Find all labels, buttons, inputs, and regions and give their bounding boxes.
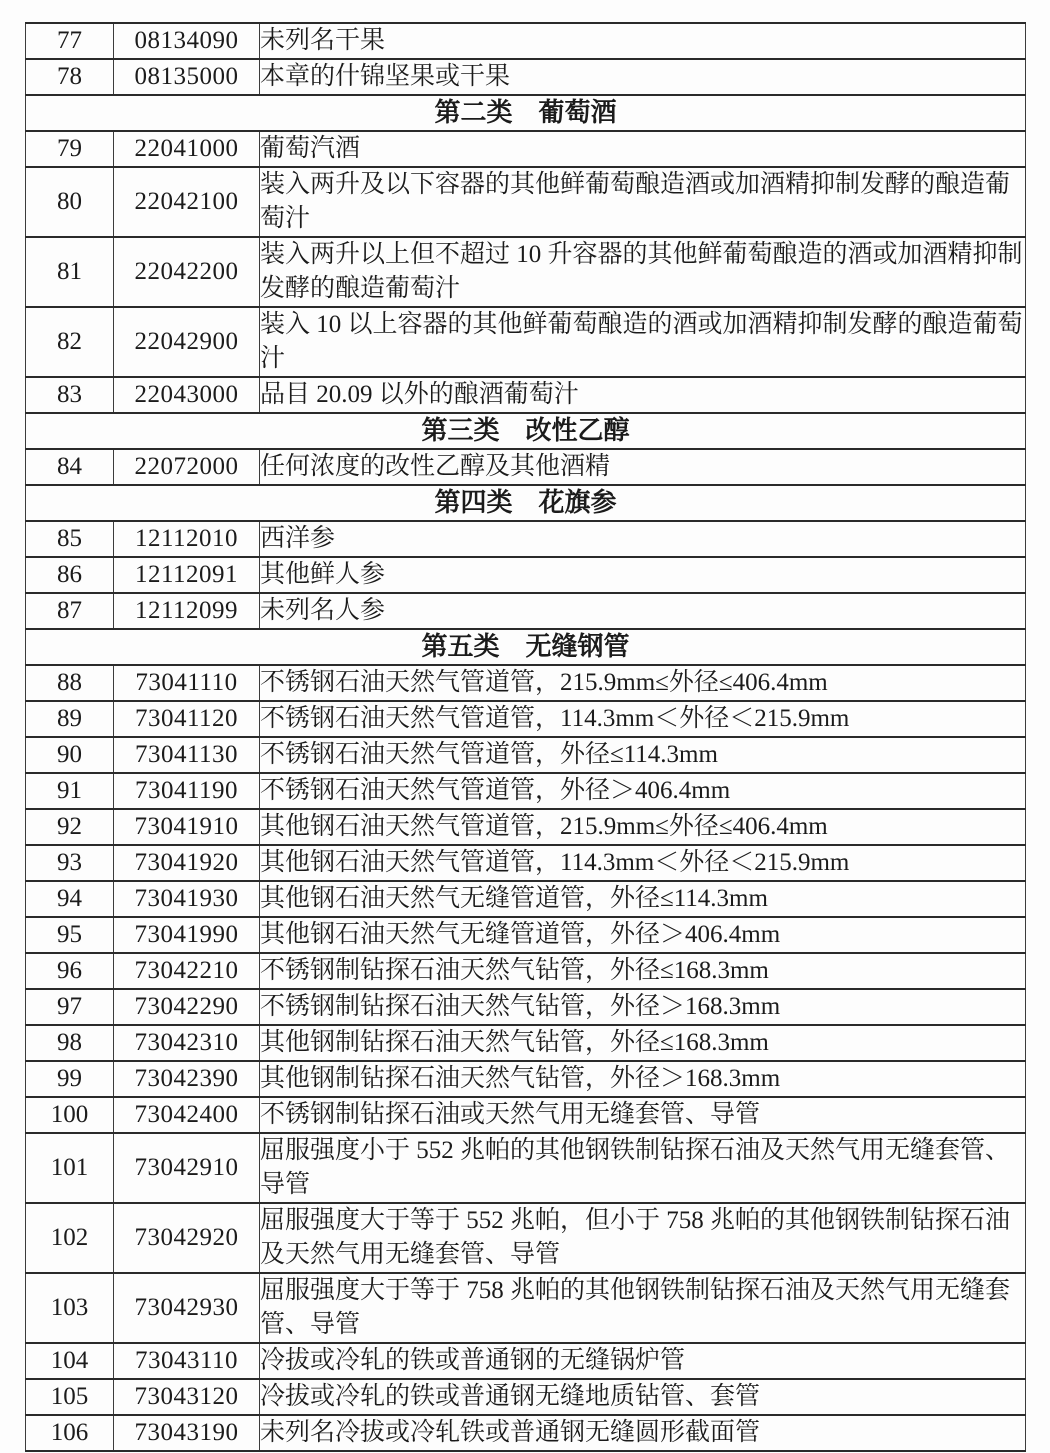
table-row: 9173041190不锈钢石油天然气管道管，外径＞406.4mm bbox=[26, 773, 1026, 809]
row-number-cell: 102 bbox=[26, 1203, 114, 1273]
row-number-cell: 93 bbox=[26, 845, 114, 881]
description-cell: 西洋参 bbox=[260, 521, 1026, 557]
hs-code-cell: 73041190 bbox=[114, 773, 260, 809]
table-row: 8022042100装入两升及以下容器的其他鲜葡萄酿造酒或加酒精抑制发酵的酿造葡… bbox=[26, 167, 1026, 237]
row-number-cell: 98 bbox=[26, 1025, 114, 1061]
table-row: 10173042910屈服强度小于 552 兆帕的其他钢铁制钻探石油及天然气用无… bbox=[26, 1133, 1026, 1203]
section-header-row: 第二类 葡萄酒 bbox=[26, 95, 1026, 131]
row-number-cell: 79 bbox=[26, 131, 114, 167]
table-row: 9573041990其他钢石油天然气无缝管道管，外径＞406.4mm bbox=[26, 917, 1026, 953]
table-row: 10473043110冷拔或冷轧的铁或普通钢的无缝锅炉管 bbox=[26, 1343, 1026, 1379]
section-header-title: 第二类 葡萄酒 bbox=[26, 95, 1026, 131]
hs-code-cell: 73042310 bbox=[114, 1025, 260, 1061]
tariff-table-body: 7708134090未列名干果7808135000本章的什锦坚果或干果第二类 葡… bbox=[26, 23, 1026, 1451]
table-row: 8322043000品目 20.09 以外的酿酒葡萄汁 bbox=[26, 377, 1026, 413]
table-row: 9373041920其他钢石油天然气管道管，114.3mm＜外径＜215.9mm bbox=[26, 845, 1026, 881]
hs-code-cell: 73043120 bbox=[114, 1379, 260, 1415]
row-number-cell: 82 bbox=[26, 307, 114, 377]
table-row: 8222042900装入 10 以上容器的其他鲜葡萄酿造的酒或加酒精抑制发酵的酿… bbox=[26, 307, 1026, 377]
row-number-cell: 104 bbox=[26, 1343, 114, 1379]
table-row: 10573043120冷拔或冷轧的铁或普通钢无缝地质钻管、套管 bbox=[26, 1379, 1026, 1415]
description-cell: 其他鲜人参 bbox=[260, 557, 1026, 593]
hs-code-cell: 22042100 bbox=[114, 167, 260, 237]
table-row: 9273041910其他钢石油天然气管道管，215.9mm≤外径≤406.4mm bbox=[26, 809, 1026, 845]
row-number-cell: 88 bbox=[26, 665, 114, 701]
row-number-cell: 99 bbox=[26, 1061, 114, 1097]
section-header-row: 第四类 花旗参 bbox=[26, 485, 1026, 521]
section-header-title: 第五类 无缝钢管 bbox=[26, 629, 1026, 665]
hs-code-cell: 73042930 bbox=[114, 1273, 260, 1343]
hs-code-cell: 73041910 bbox=[114, 809, 260, 845]
hs-code-cell: 22042900 bbox=[114, 307, 260, 377]
table-row: 9073041130不锈钢石油天然气管道管，外径≤114.3mm bbox=[26, 737, 1026, 773]
row-number-cell: 94 bbox=[26, 881, 114, 917]
table-row: 8612112091其他鲜人参 bbox=[26, 557, 1026, 593]
table-row: 9773042290不锈钢制钻探石油天然气钻管，外径＞168.3mm bbox=[26, 989, 1026, 1025]
description-cell: 其他钢石油天然气无缝管道管，外径≤114.3mm bbox=[260, 881, 1026, 917]
row-number-cell: 96 bbox=[26, 953, 114, 989]
tariff-table: 7708134090未列名干果7808135000本章的什锦坚果或干果第二类 葡… bbox=[25, 22, 1026, 1452]
description-cell: 不锈钢制钻探石油天然气钻管，外径＞168.3mm bbox=[260, 989, 1026, 1025]
row-number-cell: 105 bbox=[26, 1379, 114, 1415]
row-number-cell: 81 bbox=[26, 237, 114, 307]
section-header-row: 第三类 改性乙醇 bbox=[26, 413, 1026, 449]
description-cell: 品目 20.09 以外的酿酒葡萄汁 bbox=[260, 377, 1026, 413]
row-number-cell: 100 bbox=[26, 1097, 114, 1133]
hs-code-cell: 12112099 bbox=[114, 593, 260, 629]
description-cell: 其他钢石油天然气管道管，114.3mm＜外径＜215.9mm bbox=[260, 845, 1026, 881]
table-row: 10273042920屈服强度大于等于 552 兆帕，但小于 758 兆帕的其他… bbox=[26, 1203, 1026, 1273]
table-row: 9973042390其他钢制钻探石油天然气钻管，外径＞168.3mm bbox=[26, 1061, 1026, 1097]
description-cell: 装入两升及以下容器的其他鲜葡萄酿造酒或加酒精抑制发酵的酿造葡萄汁 bbox=[260, 167, 1026, 237]
description-cell: 葡萄汽酒 bbox=[260, 131, 1026, 167]
hs-code-cell: 73043110 bbox=[114, 1343, 260, 1379]
table-row: 8973041120不锈钢石油天然气管道管，114.3mm＜外径＜215.9mm bbox=[26, 701, 1026, 737]
description-cell: 屈服强度大于等于 552 兆帕，但小于 758 兆帕的其他钢铁制钻探石油及天然气… bbox=[260, 1203, 1026, 1273]
description-cell: 不锈钢石油天然气管道管，外径＞406.4mm bbox=[260, 773, 1026, 809]
table-row: 8712112099未列名人参 bbox=[26, 593, 1026, 629]
hs-code-cell: 12112091 bbox=[114, 557, 260, 593]
row-number-cell: 80 bbox=[26, 167, 114, 237]
table-row: 10073042400不锈钢制钻探石油或天然气用无缝套管、导管 bbox=[26, 1097, 1026, 1133]
hs-code-cell: 22072000 bbox=[114, 449, 260, 485]
row-number-cell: 95 bbox=[26, 917, 114, 953]
description-cell: 冷拔或冷轧的铁或普通钢的无缝锅炉管 bbox=[260, 1343, 1026, 1379]
table-row: 7708134090未列名干果 bbox=[26, 23, 1026, 59]
hs-code-cell: 73042400 bbox=[114, 1097, 260, 1133]
section-header-row: 第五类 无缝钢管 bbox=[26, 629, 1026, 665]
section-header-title: 第四类 花旗参 bbox=[26, 485, 1026, 521]
description-cell: 不锈钢石油天然气管道管，114.3mm＜外径＜215.9mm bbox=[260, 701, 1026, 737]
row-number-cell: 85 bbox=[26, 521, 114, 557]
hs-code-cell: 73042290 bbox=[114, 989, 260, 1025]
row-number-cell: 103 bbox=[26, 1273, 114, 1343]
description-cell: 装入两升以上但不超过 10 升容器的其他鲜葡萄酿造的酒或加酒精抑制发酵的酿造葡萄… bbox=[260, 237, 1026, 307]
table-row: 7808135000本章的什锦坚果或干果 bbox=[26, 59, 1026, 95]
row-number-cell: 97 bbox=[26, 989, 114, 1025]
hs-code-cell: 73042210 bbox=[114, 953, 260, 989]
table-row: 9873042310其他钢制钻探石油天然气钻管，外径≤168.3mm bbox=[26, 1025, 1026, 1061]
hs-code-cell: 08134090 bbox=[114, 23, 260, 59]
row-number-cell: 77 bbox=[26, 23, 114, 59]
description-cell: 未列名干果 bbox=[260, 23, 1026, 59]
hs-code-cell: 12112010 bbox=[114, 521, 260, 557]
description-cell: 其他钢制钻探石油天然气钻管，外径≤168.3mm bbox=[260, 1025, 1026, 1061]
table-row: 8873041110不锈钢石油天然气管道管，215.9mm≤外径≤406.4mm bbox=[26, 665, 1026, 701]
hs-code-cell: 22041000 bbox=[114, 131, 260, 167]
table-row: 8512112010西洋参 bbox=[26, 521, 1026, 557]
description-cell: 其他钢石油天然气无缝管道管，外径＞406.4mm bbox=[260, 917, 1026, 953]
document-page: 7708134090未列名干果7808135000本章的什锦坚果或干果第二类 葡… bbox=[0, 0, 1050, 1453]
row-number-cell: 91 bbox=[26, 773, 114, 809]
hs-code-cell: 73041920 bbox=[114, 845, 260, 881]
description-cell: 其他钢石油天然气管道管，215.9mm≤外径≤406.4mm bbox=[260, 809, 1026, 845]
hs-code-cell: 73041120 bbox=[114, 701, 260, 737]
row-number-cell: 92 bbox=[26, 809, 114, 845]
description-cell: 未列名人参 bbox=[260, 593, 1026, 629]
hs-code-cell: 73041990 bbox=[114, 917, 260, 953]
hs-code-cell: 22042200 bbox=[114, 237, 260, 307]
row-number-cell: 101 bbox=[26, 1133, 114, 1203]
row-number-cell: 83 bbox=[26, 377, 114, 413]
table-row: 10673043190未列名冷拔或冷轧铁或普通钢无缝圆形截面管 bbox=[26, 1415, 1026, 1451]
description-cell: 装入 10 以上容器的其他鲜葡萄酿造的酒或加酒精抑制发酵的酿造葡萄汁 bbox=[260, 307, 1026, 377]
row-number-cell: 90 bbox=[26, 737, 114, 773]
description-cell: 屈服强度大于等于 758 兆帕的其他钢铁制钻探石油及天然气用无缝套管、导管 bbox=[260, 1273, 1026, 1343]
hs-code-cell: 73041110 bbox=[114, 665, 260, 701]
description-cell: 未列名冷拔或冷轧铁或普通钢无缝圆形截面管 bbox=[260, 1415, 1026, 1451]
description-cell: 冷拔或冷轧的铁或普通钢无缝地质钻管、套管 bbox=[260, 1379, 1026, 1415]
description-cell: 不锈钢石油天然气管道管，215.9mm≤外径≤406.4mm bbox=[260, 665, 1026, 701]
table-row: 9473041930其他钢石油天然气无缝管道管，外径≤114.3mm bbox=[26, 881, 1026, 917]
description-cell: 不锈钢制钻探石油天然气钻管，外径≤168.3mm bbox=[260, 953, 1026, 989]
section-header-title: 第三类 改性乙醇 bbox=[26, 413, 1026, 449]
hs-code-cell: 73043190 bbox=[114, 1415, 260, 1451]
hs-code-cell: 73041130 bbox=[114, 737, 260, 773]
table-row: 8122042200装入两升以上但不超过 10 升容器的其他鲜葡萄酿造的酒或加酒… bbox=[26, 237, 1026, 307]
hs-code-cell: 73042920 bbox=[114, 1203, 260, 1273]
table-row: 7922041000葡萄汽酒 bbox=[26, 131, 1026, 167]
description-cell: 任何浓度的改性乙醇及其他酒精 bbox=[260, 449, 1026, 485]
hs-code-cell: 73041930 bbox=[114, 881, 260, 917]
hs-code-cell: 73042910 bbox=[114, 1133, 260, 1203]
hs-code-cell: 73042390 bbox=[114, 1061, 260, 1097]
description-cell: 不锈钢制钻探石油或天然气用无缝套管、导管 bbox=[260, 1097, 1026, 1133]
hs-code-cell: 22043000 bbox=[114, 377, 260, 413]
description-cell: 不锈钢石油天然气管道管，外径≤114.3mm bbox=[260, 737, 1026, 773]
row-number-cell: 86 bbox=[26, 557, 114, 593]
description-cell: 其他钢制钻探石油天然气钻管，外径＞168.3mm bbox=[260, 1061, 1026, 1097]
row-number-cell: 106 bbox=[26, 1415, 114, 1451]
table-row: 8422072000任何浓度的改性乙醇及其他酒精 bbox=[26, 449, 1026, 485]
row-number-cell: 87 bbox=[26, 593, 114, 629]
row-number-cell: 89 bbox=[26, 701, 114, 737]
table-row: 10373042930屈服强度大于等于 758 兆帕的其他钢铁制钻探石油及天然气… bbox=[26, 1273, 1026, 1343]
row-number-cell: 84 bbox=[26, 449, 114, 485]
description-cell: 本章的什锦坚果或干果 bbox=[260, 59, 1026, 95]
hs-code-cell: 08135000 bbox=[114, 59, 260, 95]
row-number-cell: 78 bbox=[26, 59, 114, 95]
table-row: 9673042210不锈钢制钻探石油天然气钻管，外径≤168.3mm bbox=[26, 953, 1026, 989]
description-cell: 屈服强度小于 552 兆帕的其他钢铁制钻探石油及天然气用无缝套管、导管 bbox=[260, 1133, 1026, 1203]
